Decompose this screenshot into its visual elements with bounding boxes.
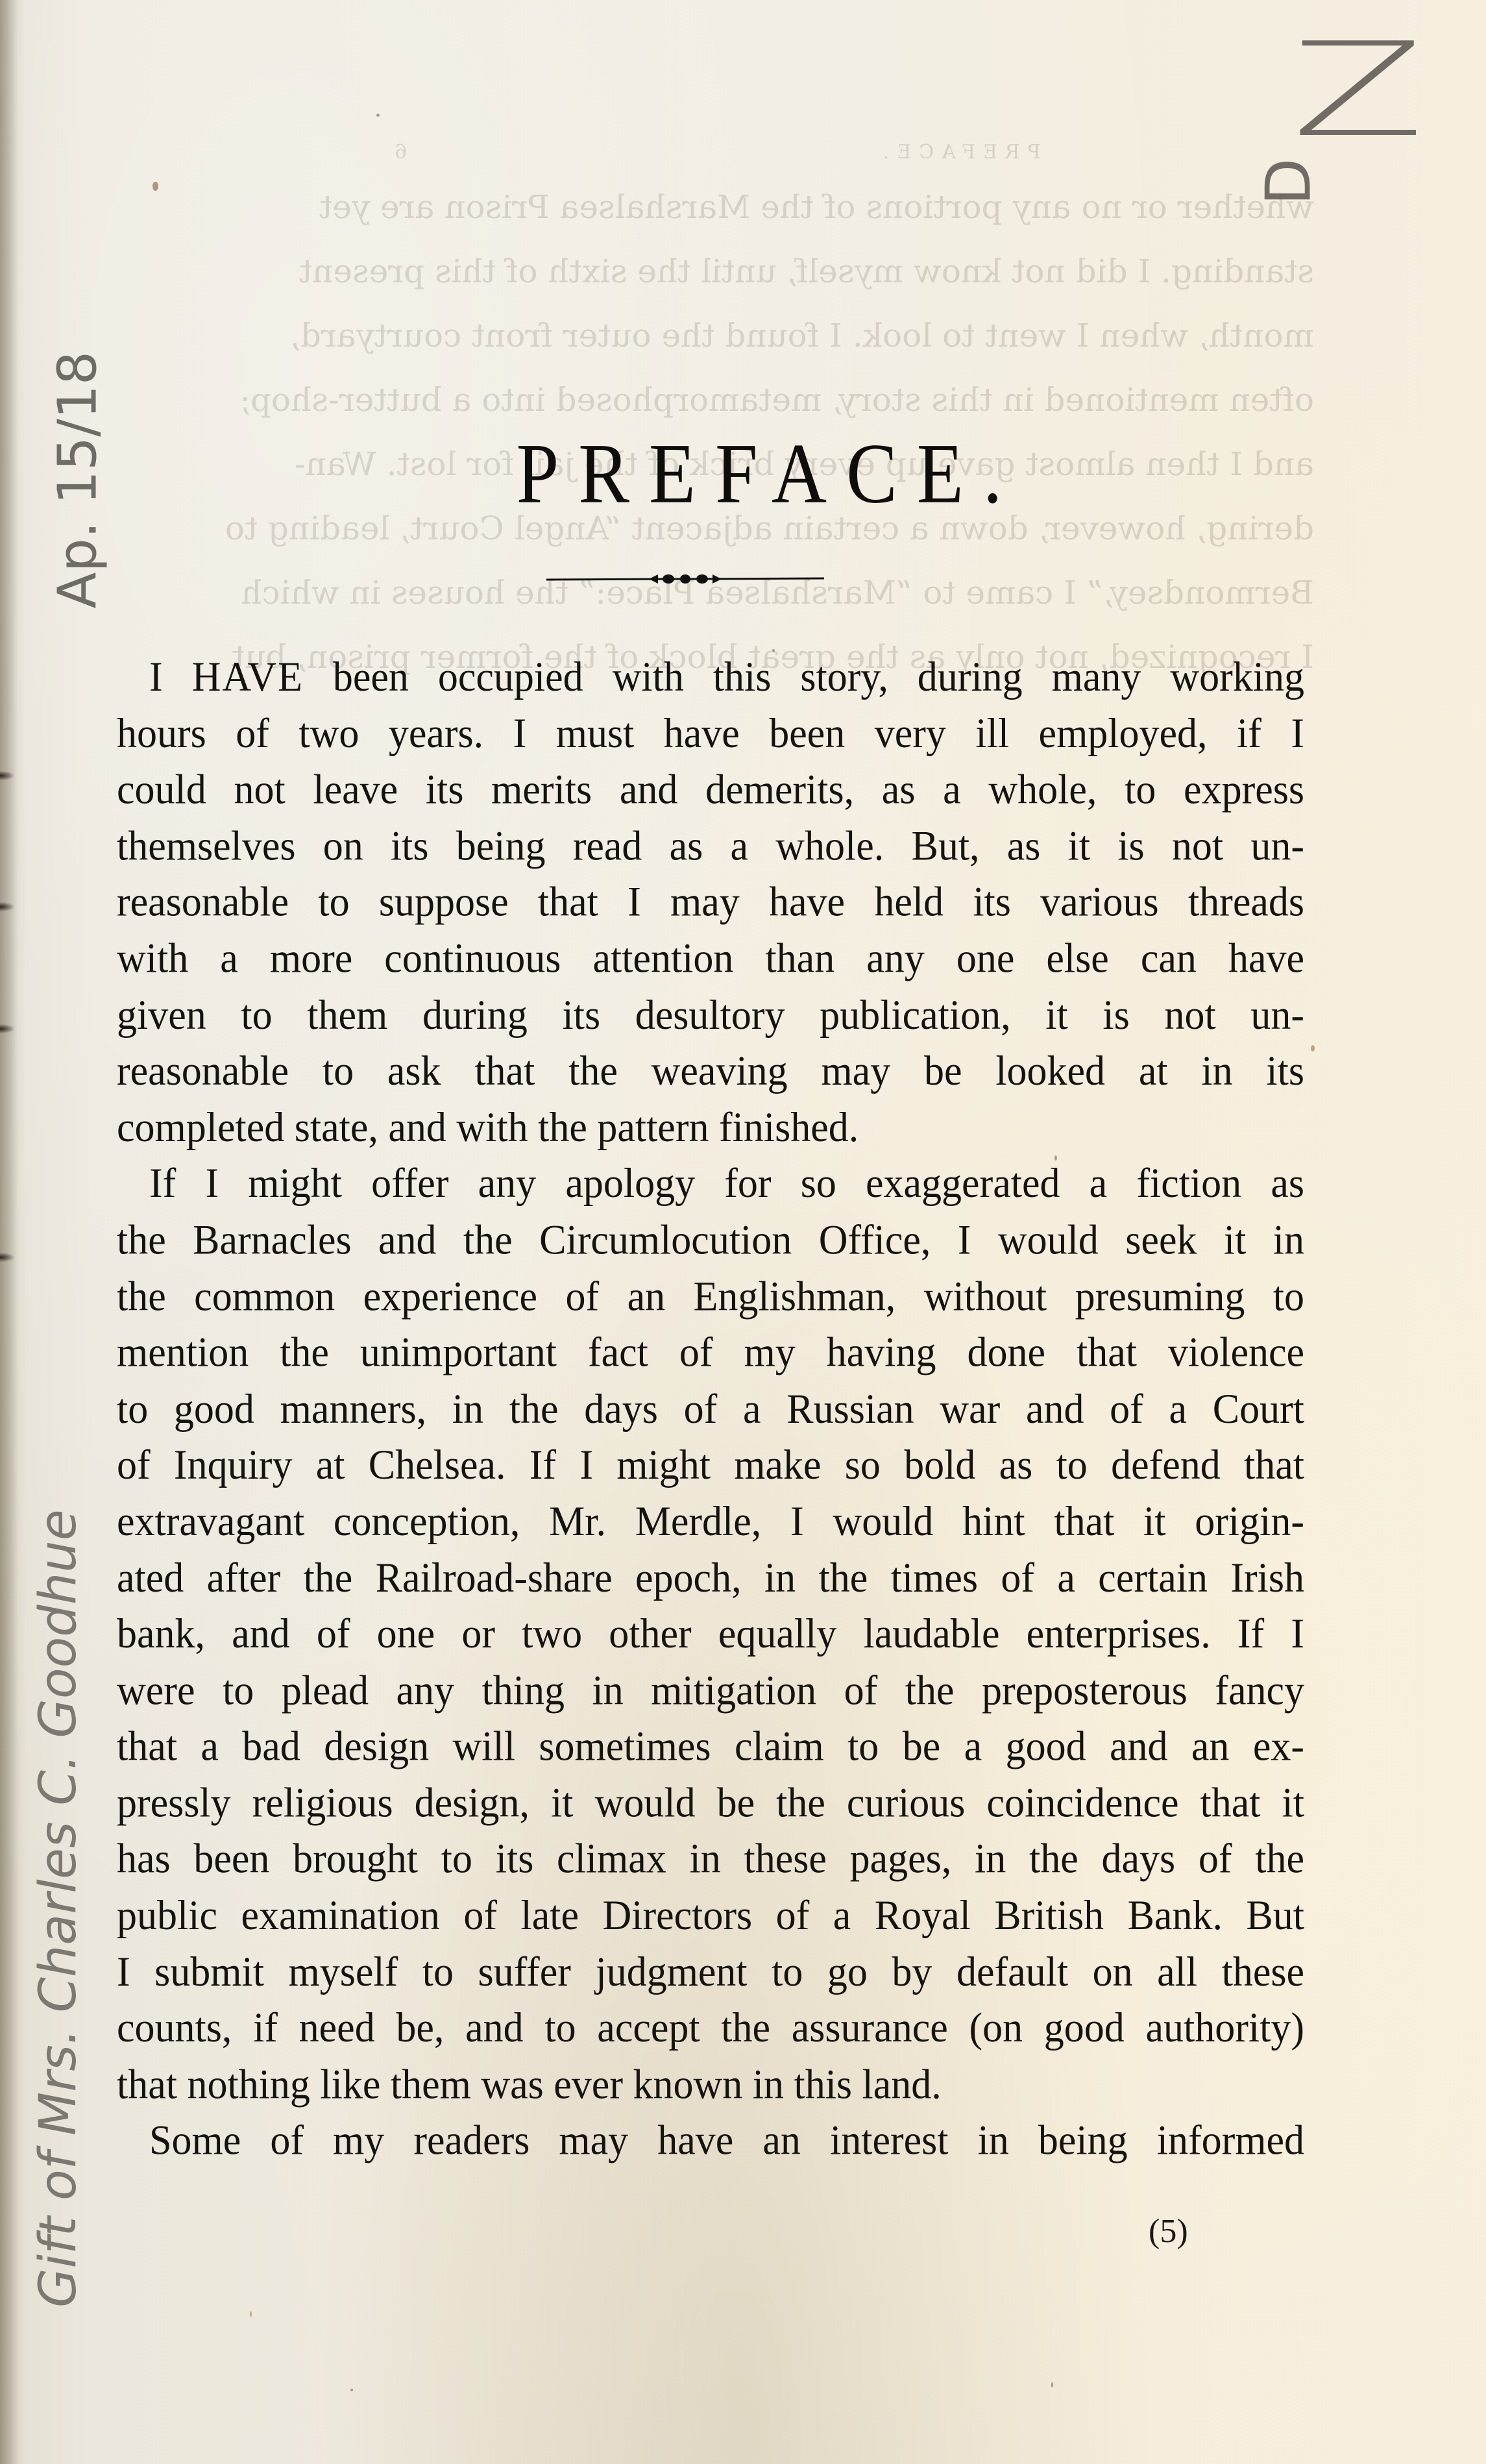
paper-speck (772, 649, 775, 652)
text-line: Some of my readers may have an interest … (117, 2113, 1304, 2169)
page-number: (5) (1149, 2212, 1188, 2250)
text-line: that a bad design will sometimes claim t… (117, 1719, 1304, 1775)
text-line: ated after the Railroad-share epoch, in … (117, 1550, 1304, 1607)
paper-speck (250, 2311, 252, 2317)
bleed-line: standing. I did not know myself, until t… (114, 240, 1314, 304)
text-line: completed state, and with the pattern fi… (117, 1100, 1304, 1156)
text-line: the Barnacles and the Circumlocution Off… (117, 1212, 1304, 1268)
text-line: with a more continuous attention than an… (117, 931, 1304, 987)
text-line: has been brought to its climax in these … (117, 1831, 1304, 1888)
binding-notch (0, 902, 14, 911)
text-line: I submit myself to suffer judgment to go… (117, 1944, 1304, 2001)
text-line: that nothing like them was ever known in… (117, 2056, 1304, 2113)
text-line: themselves on its being read as a whole.… (117, 818, 1304, 874)
binding-notch (0, 771, 14, 780)
ornamental-rule-icon (544, 571, 827, 587)
bleed-line: whether or no any portions of the Marsha… (114, 175, 1314, 240)
binding-edge (0, 0, 18, 2464)
binding-notch (0, 1253, 14, 1262)
paper-speck (152, 182, 158, 191)
paragraph-3: Some of my readers may have an interest … (117, 2113, 1304, 2169)
text-line: to good manners, in the days of a Russia… (117, 1381, 1304, 1437)
pencil-mark-z: Z (1291, 26, 1425, 156)
paper-speck (1051, 2382, 1053, 2387)
paper-speck (1311, 1045, 1315, 1052)
bleed-line: Bermondsey,” I came to “Marshalsea Place… (114, 561, 1314, 625)
text-line: bank, and of one or two other equally la… (117, 1606, 1304, 1662)
text-line: public examination of late Directors of … (117, 1888, 1304, 1944)
text-line: I HAVE been occupied with this story, du… (117, 649, 1304, 706)
binding-notch (0, 1024, 14, 1033)
paper-speck (376, 114, 380, 117)
page-title: PREFACE. (0, 423, 1486, 525)
smallcaps-opening: HAVE (192, 654, 304, 700)
text-line: pressly religious design, it would be th… (117, 1775, 1304, 1831)
paper-speck (350, 2389, 353, 2391)
text-line: given to them during its desultory publi… (117, 987, 1304, 1043)
text-line: the common experience of an Englishman, … (117, 1268, 1304, 1325)
text-line: extravagant conception, Mr. Merdle, I wo… (117, 1494, 1304, 1550)
text-line: mention the unimportant fact of my havin… (117, 1325, 1304, 1381)
text-line: of Inquiry at Chelsea. If I might make s… (117, 1437, 1304, 1494)
paper-page: PREFACE. 6 whether or no any portions of… (0, 0, 1486, 2464)
text-line: counts, if need be, and to accept the as… (117, 2000, 1304, 2056)
bleed-line: month, when I went to look. I found the … (114, 304, 1314, 368)
reverse-side-bleed-through: PREFACE. 6 whether or no any portions of… (114, 130, 1314, 689)
text-line: If I might offer any apology for so exag… (117, 1156, 1304, 1213)
preface-body: I HAVE been occupied with this story, du… (117, 649, 1304, 2169)
paper-speck (1054, 1155, 1057, 1161)
pencil-provenance-note: Gift of Mrs. Charles C. Goodhue (29, 1412, 88, 2308)
bleed-running-head: PREFACE. 6 (114, 130, 1314, 175)
paragraph-2: If I might offer any apology for so exag… (117, 1156, 1304, 2113)
paragraph-1: I HAVE been occupied with this story, du… (117, 649, 1304, 1156)
text-line: hours of two years. I must have been ver… (117, 706, 1304, 762)
text-line: could not leave its merits and demerits,… (117, 761, 1304, 818)
pencil-mark-d: D (1257, 158, 1322, 205)
text-line: reasonable to ask that the weaving may b… (117, 1043, 1304, 1100)
text-line: reasonable to suppose that I may have he… (117, 874, 1304, 931)
text-line: were to plead any thing in mitigation of… (117, 1662, 1304, 1719)
